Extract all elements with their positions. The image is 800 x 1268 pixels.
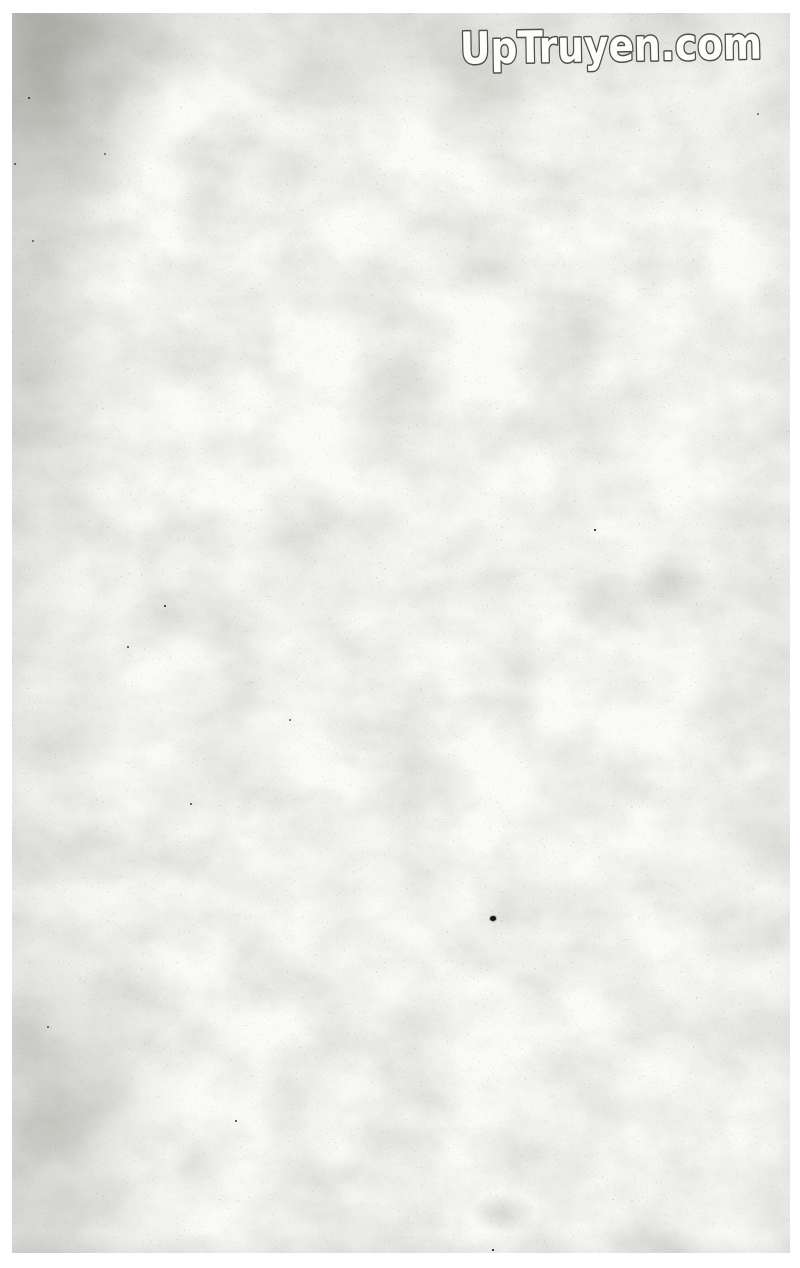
site-watermark: UpTruyen.com: [451, 13, 774, 84]
scanned-manga-page: UpTruyen.com: [12, 13, 790, 1253]
ink-dot: [490, 916, 496, 921]
watermark-text: UpTruyen.com: [460, 18, 763, 74]
paper-grain-texture: [12, 13, 790, 1253]
